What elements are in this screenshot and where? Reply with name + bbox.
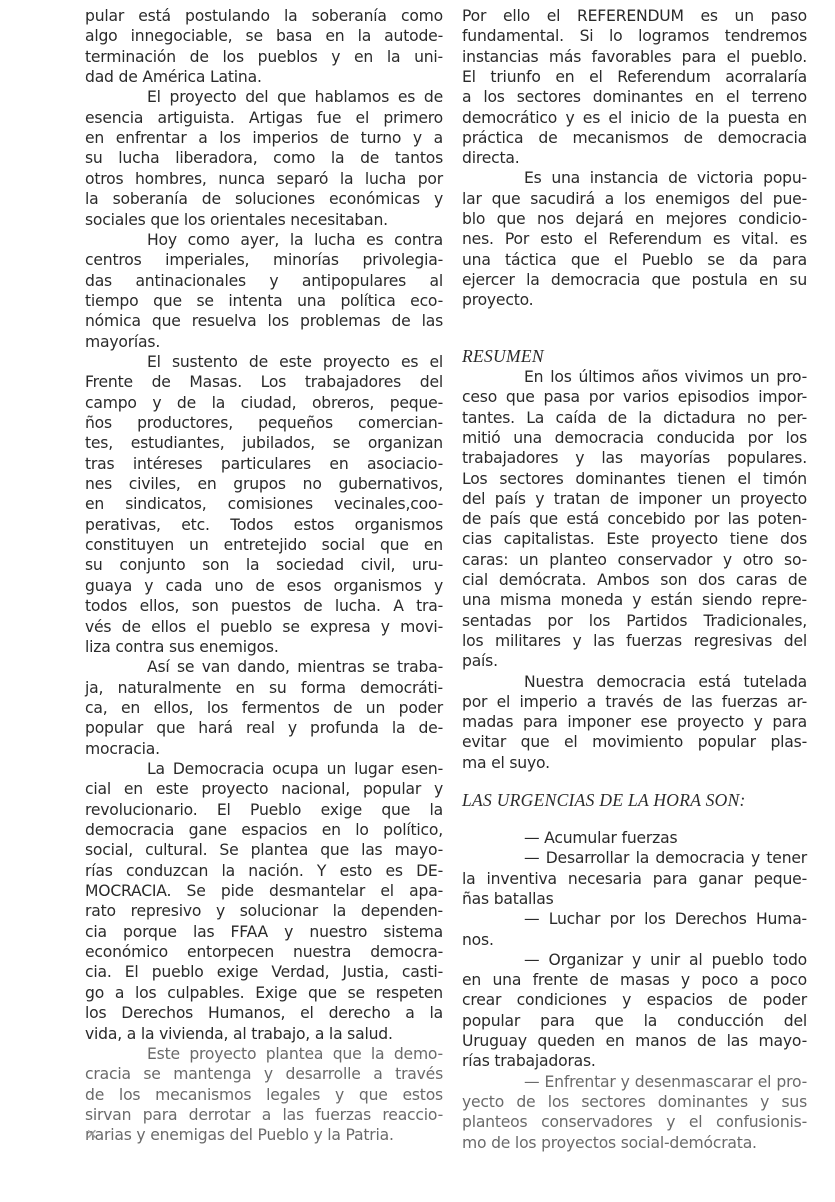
text-line: mitió una democracia conducida por los [462, 428, 807, 448]
text-line: ma el suyo. [462, 753, 807, 773]
text-line: algo innegociable, se basa en la autode- [85, 26, 443, 46]
text-line: rías trabajadoras. [462, 1051, 807, 1071]
text-line: guaya y cada uno de esos organismos y [85, 576, 443, 596]
text-line: dad de América Latina. [85, 67, 443, 87]
text-line: a los sectores dominantes en el terreno [462, 87, 807, 107]
text-line: sirvan para derrotar a las fuerzas reacc… [85, 1105, 443, 1125]
text-line: la inventiva necesaria para ganar peque- [462, 869, 807, 889]
text-line: ceso que pasa por varios episodios impor… [462, 387, 807, 407]
text-line: democrático y es el inicio de la puesta … [462, 108, 807, 128]
text-line: nómica que resuelva los problemas de las [85, 311, 443, 331]
text-line: una táctica que el Pueblo se da para [462, 250, 807, 270]
text-line: evitar que el movimiento popular plas- [462, 732, 807, 752]
text-line: tras intéreses particulares en asociacio… [85, 454, 443, 474]
text-line: El proyecto del que hablamos es de [85, 87, 443, 107]
text-line: — Acumular fuerzas [462, 828, 807, 848]
text-line: por el imperio a través de las fuerzas a… [462, 692, 807, 712]
text-line: centros imperiales, minorías privolegia- [85, 250, 443, 270]
text-line: popular que hará real y profunda la de- [85, 718, 443, 738]
text-line: cias capitalistas. Este proyecto tiene d… [462, 529, 807, 549]
text-line: Los sectores dominantes tienen el timón [462, 469, 807, 489]
text-line: los militares y las fuerzas regresivas d… [462, 631, 807, 651]
text-line: nos. [462, 930, 807, 950]
text-line: vida, a la vivienda, al trabajo, a la sa… [85, 1024, 443, 1044]
text-line: popular para que la conducción del [462, 1011, 807, 1031]
text-line: cia porque las FFAA y nuestro sistema [85, 922, 443, 942]
text-line: en sindicatos, comisiones vecinales,coo- [85, 494, 443, 514]
text-line: madas para imponer ese proyecto y para [462, 712, 807, 732]
text-line: del país y tratan de imponer un proyecto [462, 489, 807, 509]
text-line: su conjunto son la sociedad civil, uru- [85, 555, 443, 575]
text-line: — Luchar por los Derechos Huma- [462, 909, 807, 929]
text-line: todos ellos, son puestos de lucha. A tra… [85, 596, 443, 616]
text-line: país. [462, 651, 807, 671]
text-line: sociales que los orientales necesitaban. [85, 210, 443, 230]
text-line: instancias más favorables para el pueblo… [462, 47, 807, 67]
section-heading-resumen: RESUMEN [462, 345, 544, 367]
text-line: una misma moneda y están siendo repre- [462, 590, 807, 610]
text-line: la soberanía de soluciones económicas y [85, 189, 443, 209]
text-line: proyecto. [462, 290, 807, 310]
text-line: Por ello el REFERENDUM es un paso [462, 6, 807, 26]
text-line: planteos conservadores y el confusionis- [462, 1112, 807, 1132]
text-line: pular está postulando la soberanía como [85, 6, 443, 26]
text-line: Frente de Masas. Los trabajadores del [85, 372, 443, 392]
text-line: Así se van dando, mientras se traba- [85, 657, 443, 677]
text-line: nes civiles, en grupos no gubernativos, [85, 474, 443, 494]
text-line: ja, naturalmente en su forma democráti- [85, 678, 443, 698]
text-line: El triunfo en el Referendum acorralaría [462, 67, 807, 87]
text-line: tes, estudiantes, jubilados, se organiza… [85, 433, 443, 453]
text-line: perativas, etc. Todos estos organismos [85, 515, 443, 535]
text-line: campo y de la ciudad, obreros, peque- [85, 393, 443, 413]
text-line: ñas batallas [462, 889, 807, 909]
text-line: tantes. La caída de la dictadura no per- [462, 408, 807, 428]
text-line: El sustento de este proyecto es el [85, 352, 443, 372]
text-line: otros hombres, nunca separó la lucha por [85, 169, 443, 189]
text-line: La Democracia ocupa un lugar esen- [85, 759, 443, 779]
text-line: directa. [462, 148, 807, 168]
text-line: social, cultural. Se plantea que las may… [85, 840, 443, 860]
text-line: ños productores, pequeños comercian- [85, 413, 443, 433]
text-line: democracia gane espacios en lo político, [85, 820, 443, 840]
text-line: terminación de los pueblos y en la uni- [85, 47, 443, 67]
text-line: tiempo que se intenta una política eco- [85, 291, 443, 311]
text-line: ejercer la democracia que postula en su [462, 270, 807, 290]
text-line: práctica de mecanismos de democracia [462, 128, 807, 148]
text-line: rato represivo y solucionar la dependen- [85, 901, 443, 921]
text-line: esencia artiguista. Artigas fue el prime… [85, 108, 443, 128]
text-line: das antinacionales y antipopulares al [85, 271, 443, 291]
text-line: narias y enemigas del Pueblo y la Patria… [85, 1125, 443, 1145]
text-line: Uruguay queden en manos de las mayo- [462, 1031, 807, 1051]
text-line: trabajadores y las mayorías populares. [462, 448, 807, 468]
text-line: fundamental. Si lo logramos tendremos [462, 26, 807, 46]
text-line: mocracia. [85, 739, 443, 759]
text-line: ca, en ellos, los fermentos de un poder [85, 698, 443, 718]
text-line: blo que nos dejará en mejores condicio- [462, 209, 807, 229]
text-line: constituyen un entretejido social que en [85, 535, 443, 555]
text-line: crear condiciones y espacios de poder [462, 990, 807, 1010]
text-line: rías conduzcan la nación. Y esto es DE- [85, 861, 443, 881]
text-line: go a los culpables. Exige que se respete… [85, 983, 443, 1003]
text-line: cracia se mantenga y desarrolle a través [85, 1064, 443, 1084]
text-line: lar que sacudirá a los enemigos del pue- [462, 189, 807, 209]
text-line: en enfrentar a los imperios de turno y a [85, 128, 443, 148]
text-line: vés de ellos el pueblo se expresa y movi… [85, 617, 443, 637]
text-line: mayorías. [85, 332, 443, 352]
text-line: cial demócrata. Ambos son dos caras de [462, 570, 807, 590]
text-line: sentadas por los Partidos Tradicionales, [462, 611, 807, 631]
text-line: económico entorpecen nuestra democra- [85, 942, 443, 962]
text-line: mo de los proyectos social-demócrata. [462, 1133, 807, 1153]
text-line: liza contra sus enemigos. [85, 637, 443, 657]
text-line: Es una instancia de victoria popu- [462, 168, 807, 188]
text-line: — Desarrollar la democracia y tener [462, 848, 807, 868]
text-line: MOCRACIA. Se pide desmantelar el apa- [85, 881, 443, 901]
text-line: — Organizar y unir al pueblo todo [462, 950, 807, 970]
text-line: Este proyecto plantea que la demo- [85, 1044, 443, 1064]
text-line: Nuestra democracia está tutelada [462, 672, 807, 692]
text-line: los Derechos Humanos, el derecho a la [85, 1003, 443, 1023]
text-line: caras: un planteo conservador y otro so- [462, 550, 807, 570]
text-line: cial en este proyecto nacional, popular … [85, 779, 443, 799]
text-line: Hoy como ayer, la lucha es contra [85, 230, 443, 250]
text-line: revolucionario. El Pueblo exige que la [85, 800, 443, 820]
text-line: yecto de los sectores dominantes y sus [462, 1092, 807, 1112]
text-line: en una frente de masas y poco a poco [462, 970, 807, 990]
text-line: de los mecanismos legales y que estos [85, 1085, 443, 1105]
text-line: nes. Por esto el Referendum es vital. es [462, 229, 807, 249]
text-line: cia. El pueblo exige Verdad, Justia, cas… [85, 962, 443, 982]
section-heading-urgencias: LAS URGENCIAS DE LA HORA SON: [462, 789, 746, 811]
text-line: su lucha liberadora, como la de tantos [85, 148, 443, 168]
end-mark-icon: ✕ [86, 1128, 108, 1142]
text-line: En los últimos años vivimos un pro- [462, 367, 807, 387]
text-line: — Enfrentar y desenmascarar el pro- [462, 1072, 807, 1092]
text-line: de país que está concebido por las poten… [462, 509, 807, 529]
